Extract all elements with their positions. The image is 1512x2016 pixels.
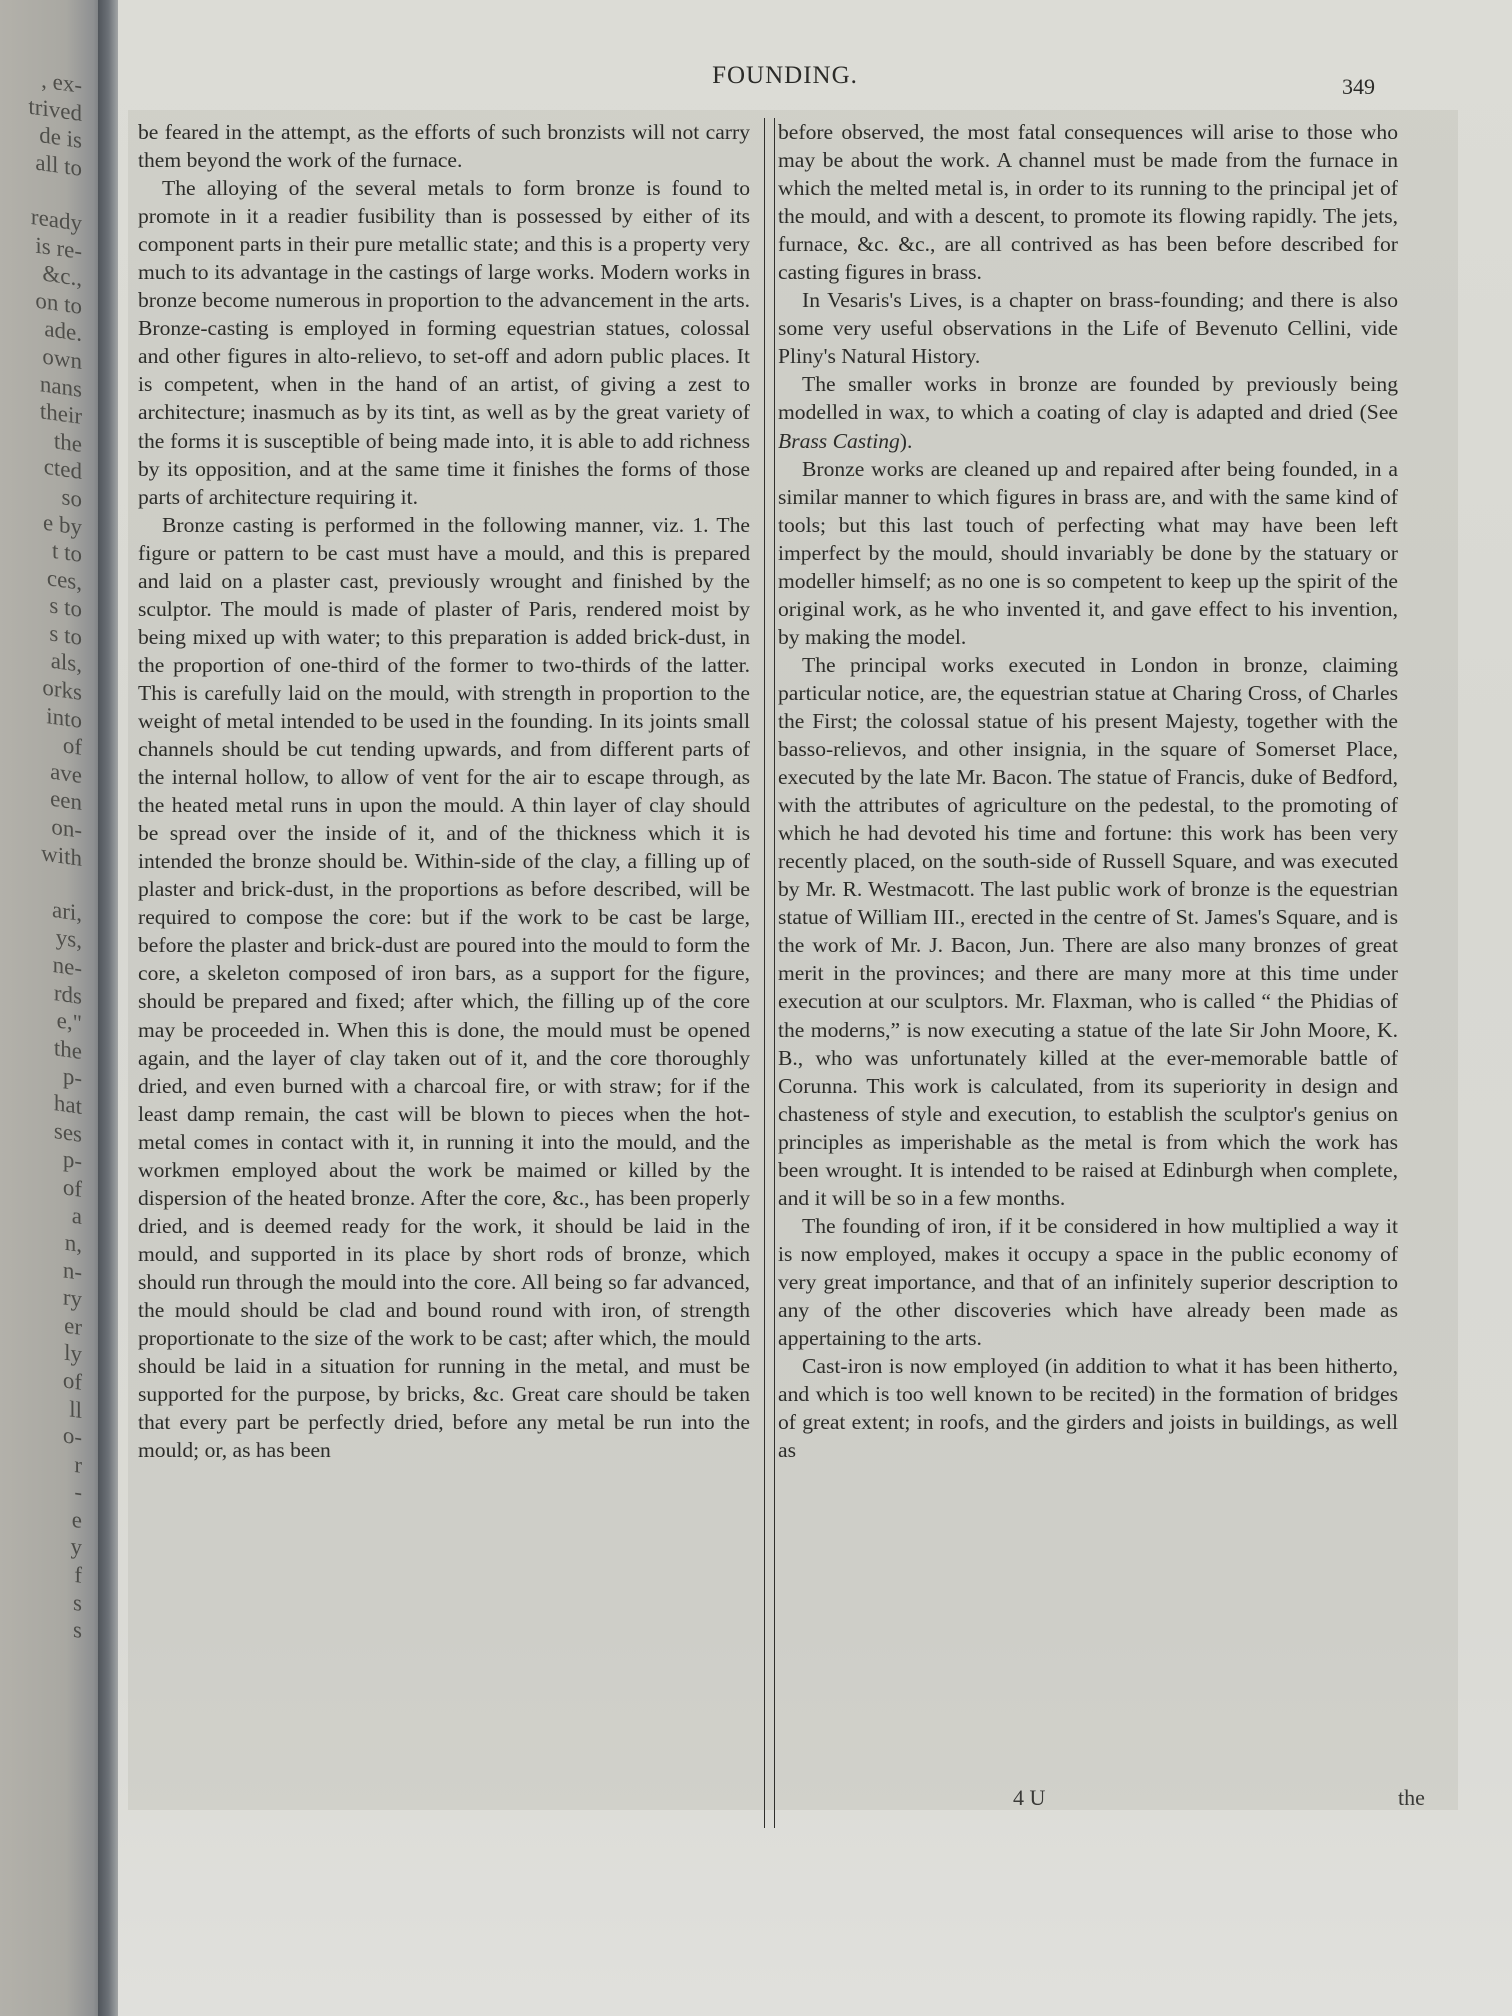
paragraph: The founding of iron, if it be considere… xyxy=(778,1212,1398,1352)
page-number: 349 xyxy=(1342,74,1375,100)
signature-mark: 4 U xyxy=(1013,1785,1045,1811)
paragraph: The smaller works in bronze are founded … xyxy=(778,370,1398,454)
running-title: FOUNDING. xyxy=(712,62,858,89)
cross-reference: Brass Casting xyxy=(778,429,900,453)
paragraph: be feared in the attempt, as the efforts… xyxy=(138,118,750,174)
right-column: before observed, the most fatal conseque… xyxy=(778,118,1398,1464)
paragraph: The principal works executed in London i… xyxy=(778,651,1398,1212)
paragraph: Bronze works are cleaned up and repaired… xyxy=(778,455,1398,651)
paragraph: Cast-iron is now employed (in addition t… xyxy=(778,1352,1398,1464)
facing-page-text: , ex-trivedde isall to readyis re-&c.,on… xyxy=(0,59,82,1644)
paragraph: before observed, the most fatal conseque… xyxy=(778,118,1398,286)
column-double-rule xyxy=(764,118,775,1828)
paragraph: In Vesaris's Lives, is a chapter on bras… xyxy=(778,286,1398,370)
paragraph-text: The smaller works in bronze are founded … xyxy=(778,372,1398,424)
running-head: FOUNDING. xyxy=(118,62,1512,90)
book-page: FOUNDING. 349 be feared in the attempt, … xyxy=(118,0,1512,2016)
paragraph-text: ). xyxy=(900,429,913,453)
facing-page-edge: , ex-trivedde isall to readyis re-&c.,on… xyxy=(0,0,110,2016)
catchword: the xyxy=(1398,1785,1425,1811)
paragraph: The alloying of the several metals to fo… xyxy=(138,174,750,511)
left-column: be feared in the attempt, as the efforts… xyxy=(138,118,750,1464)
paragraph: Bronze casting is performed in the follo… xyxy=(138,511,750,1465)
